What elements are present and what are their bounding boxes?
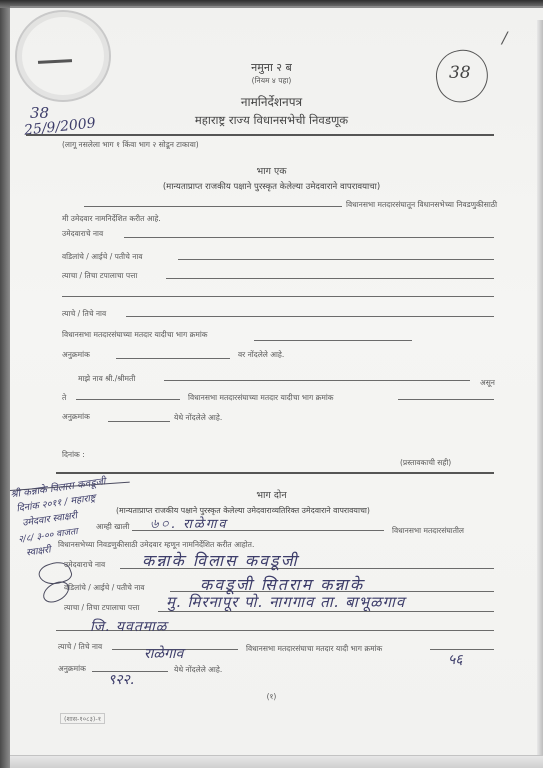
footer-code: (शास-१०८३)-१ [60,713,105,724]
office-stamp-icon [15,10,111,102]
p1-address-label: त्याचा / तिचा टपालाचा पत्ता [62,271,137,281]
p2-address-value: मु. मिरनापूर पो. नागगाव ता. बाभूळगाव [166,592,405,612]
p1-candidate-name-label: उमेदवाराचे नाव [62,229,103,239]
p1-parent-name-field[interactable] [178,259,494,260]
part-divider [56,472,494,474]
p2-relation-name-value: राळेगाव [144,644,183,663]
proposer-part-field[interactable] [398,399,494,400]
nominate-line: मी उमेदवार नामनिर्देशित करीत आहे. [62,214,161,224]
p2-serial-suffix: येथे नोंदलेले आहे. [174,665,222,675]
p2-constituency-suffix: विधानसभा मतदारसंघातील [392,526,464,536]
p1-part-no-label: विधानसभा मतदारसंघाच्या मतदार यादीचा भाग … [62,330,208,340]
page-bottom-edge [10,755,543,768]
part-one-title: भाग एक [0,164,543,177]
page-number: (१) [0,692,543,702]
p1-serial-field[interactable] [116,358,230,359]
proposer-name-label: माझे नाव श्री./श्रीमती [78,374,135,384]
constituency-suffix: विधानसभा मतदारसंघातून विधानसभेच्या निवडण… [346,200,497,210]
p2-constituency-value: ৬০. राळेगाव [150,514,228,536]
p1-candidate-name-field[interactable] [124,237,494,238]
proposer-part-label: विधानसभा मतदारसंघाच्या मतदार यादीचा भाग … [188,393,334,403]
p1-address-field[interactable] [166,278,494,279]
proposer-serial-field[interactable] [108,421,170,422]
p2-address-label: त्याचा / तिचा टपालाचा पत्ता [64,603,139,613]
p1-parent-name-label: वडिलांचे / आईचे / पतीचे नाव [62,252,143,262]
p1-serial-label: अनुक्रमांक [62,350,90,360]
proposer-serial-suffix: येथे नोंदलेले आहे. [174,413,222,423]
constituency-blank[interactable] [84,206,342,207]
p2-serial-label: अनुक्रमांक [58,664,86,674]
form-heading: नामनिर्देशनपत्र [0,93,543,110]
p2-part-no-value: ५६ [448,650,463,669]
proposer-serial-label: अनुक्रमांक [62,412,90,422]
proposer-signature-label: (प्रस्तावकाची सही) [400,458,451,468]
proposer-constituency-field[interactable] [76,399,180,400]
p2-candidate-name-value: कन्नाके विलास कवडूजी [142,549,299,571]
form-number: नमुना २ ब [0,60,543,75]
proposer-name-field[interactable] [164,380,470,381]
header-rule [26,134,494,136]
p2-parent-name-label: वडिलांचे / आईचे / पतीचे नाव [64,583,145,593]
rule-reference: (नियम ४ पहा) [0,76,543,86]
p1-serial-suffix: वर नोंदलेले आहे. [238,350,284,360]
date-label: दिनांक : [62,450,85,460]
we-label: आम्ही खाली [96,522,129,532]
p1-relation-name-field[interactable] [126,316,494,317]
p2-relation-name-label: त्याचे / तिचे नाव [58,642,102,652]
p2-address-value-2: जि. यवतमाळ [90,617,167,636]
p1-relation-name-label: त्याचे / तिचे नाव [62,309,106,319]
p2-serial-value: ९२२. [108,670,134,689]
part-one-subtitle: (मान्यताप्राप्त राजकीय पक्षाने पुरस्कृत … [0,181,543,192]
p2-part-no-label: विधानसभा मतदारसंघाचा मतदार यादी भाग क्रम… [246,644,382,654]
proposer-name-suffix: असून [480,378,495,388]
page-corner-mark: / [502,28,507,47]
p1-part-no-field[interactable] [254,340,412,341]
instruction-text: (लागू नसलेला भाग १ किंवा भाग २ सोडून टाक… [62,140,199,150]
p1-address-field-2[interactable] [62,296,494,297]
page-right-shadow [537,20,543,768]
proposer-te: ते [62,393,66,403]
